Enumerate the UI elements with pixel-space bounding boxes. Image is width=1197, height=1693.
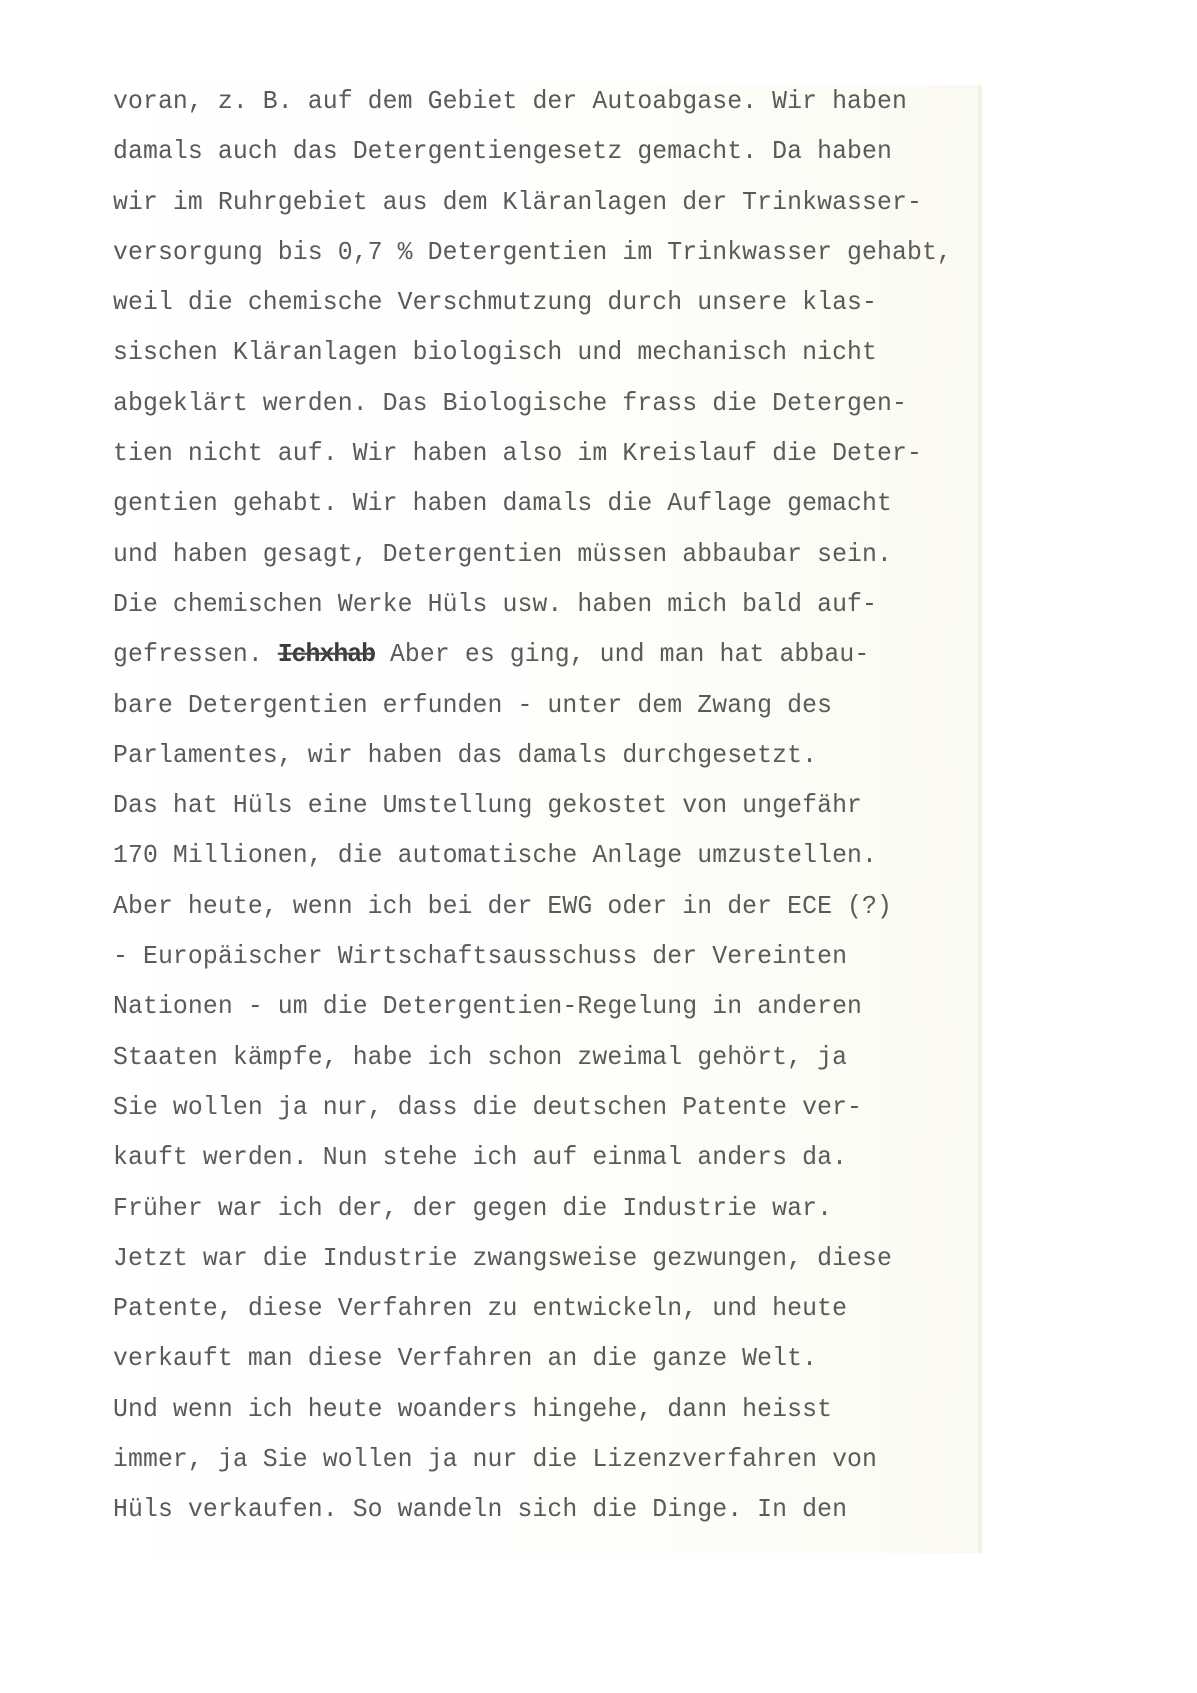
paper-edge [978, 85, 982, 1553]
text-line: Nationen - um die Detergentien-Regelung … [113, 991, 952, 1044]
text-segment: gefressen. [113, 640, 278, 669]
text-line: Das hat Hüls eine Umstellung gekostet vo… [113, 790, 952, 843]
typewritten-text: voran, z. B. auf dem Gebiet der Autoabga… [113, 86, 952, 1545]
text-line: Patente, diese Verfahren zu entwickeln, … [113, 1293, 952, 1346]
text-line: immer, ja Sie wollen ja nur die Lizenzve… [113, 1444, 952, 1497]
text-line: bare Detergentien erfunden - unter dem Z… [113, 690, 952, 743]
text-line: Parlamentes, wir haben das damals durchg… [113, 740, 952, 793]
text-line: - Europäischer Wirtschaftsausschuss der … [113, 941, 952, 994]
text-line: gentien gehabt. Wir haben damals die Auf… [113, 488, 952, 541]
text-line: Die chemischen Werke Hüls usw. haben mic… [113, 589, 952, 642]
text-line: abgeklärt werden. Das Biologische frass … [113, 388, 952, 441]
text-line: Jetzt war die Industrie zwangsweise gezw… [113, 1243, 952, 1296]
text-line: verkauft man diese Verfahren an die ganz… [113, 1343, 952, 1396]
text-line: wir im Ruhrgebiet aus dem Kläranlagen de… [113, 187, 952, 240]
text-line: Aber heute, wenn ich bei der EWG oder in… [113, 891, 952, 944]
text-line: tien nicht auf. Wir haben also im Kreisl… [113, 438, 952, 491]
text-line: Hüls verkaufen. So wandeln sich die Ding… [113, 1494, 952, 1547]
text-line: und haben gesagt, Detergentien müssen ab… [113, 539, 952, 592]
text-line: voran, z. B. auf dem Gebiet der Autoabga… [113, 86, 952, 139]
text-line: weil die chemische Verschmutzung durch u… [113, 287, 952, 340]
text-line: sischen Kläranlagen biologisch und mecha… [113, 337, 952, 390]
text-line: versorgung bis 0,7 % Detergentien im Tri… [113, 237, 952, 290]
text-segment: Aber es ging, und man hat abbau- [375, 640, 869, 669]
text-line-with-correction: gefressen. Ichxhab Aber es ging, und man… [113, 639, 952, 692]
struck-out-word: Ichxhab [278, 640, 375, 669]
text-line: kauft werden. Nun stehe ich auf einmal a… [113, 1142, 952, 1195]
text-line: Staaten kämpfe, habe ich schon zweimal g… [113, 1042, 952, 1095]
text-line: damals auch das Detergentiengesetz gemac… [113, 136, 952, 189]
text-line: Sie wollen ja nur, dass die deutschen Pa… [113, 1092, 952, 1145]
text-line: 170 Millionen, die automatische Anlage u… [113, 840, 952, 893]
text-line: Und wenn ich heute woanders hingehe, dan… [113, 1394, 952, 1447]
text-line: Früher war ich der, der gegen die Indust… [113, 1193, 952, 1246]
